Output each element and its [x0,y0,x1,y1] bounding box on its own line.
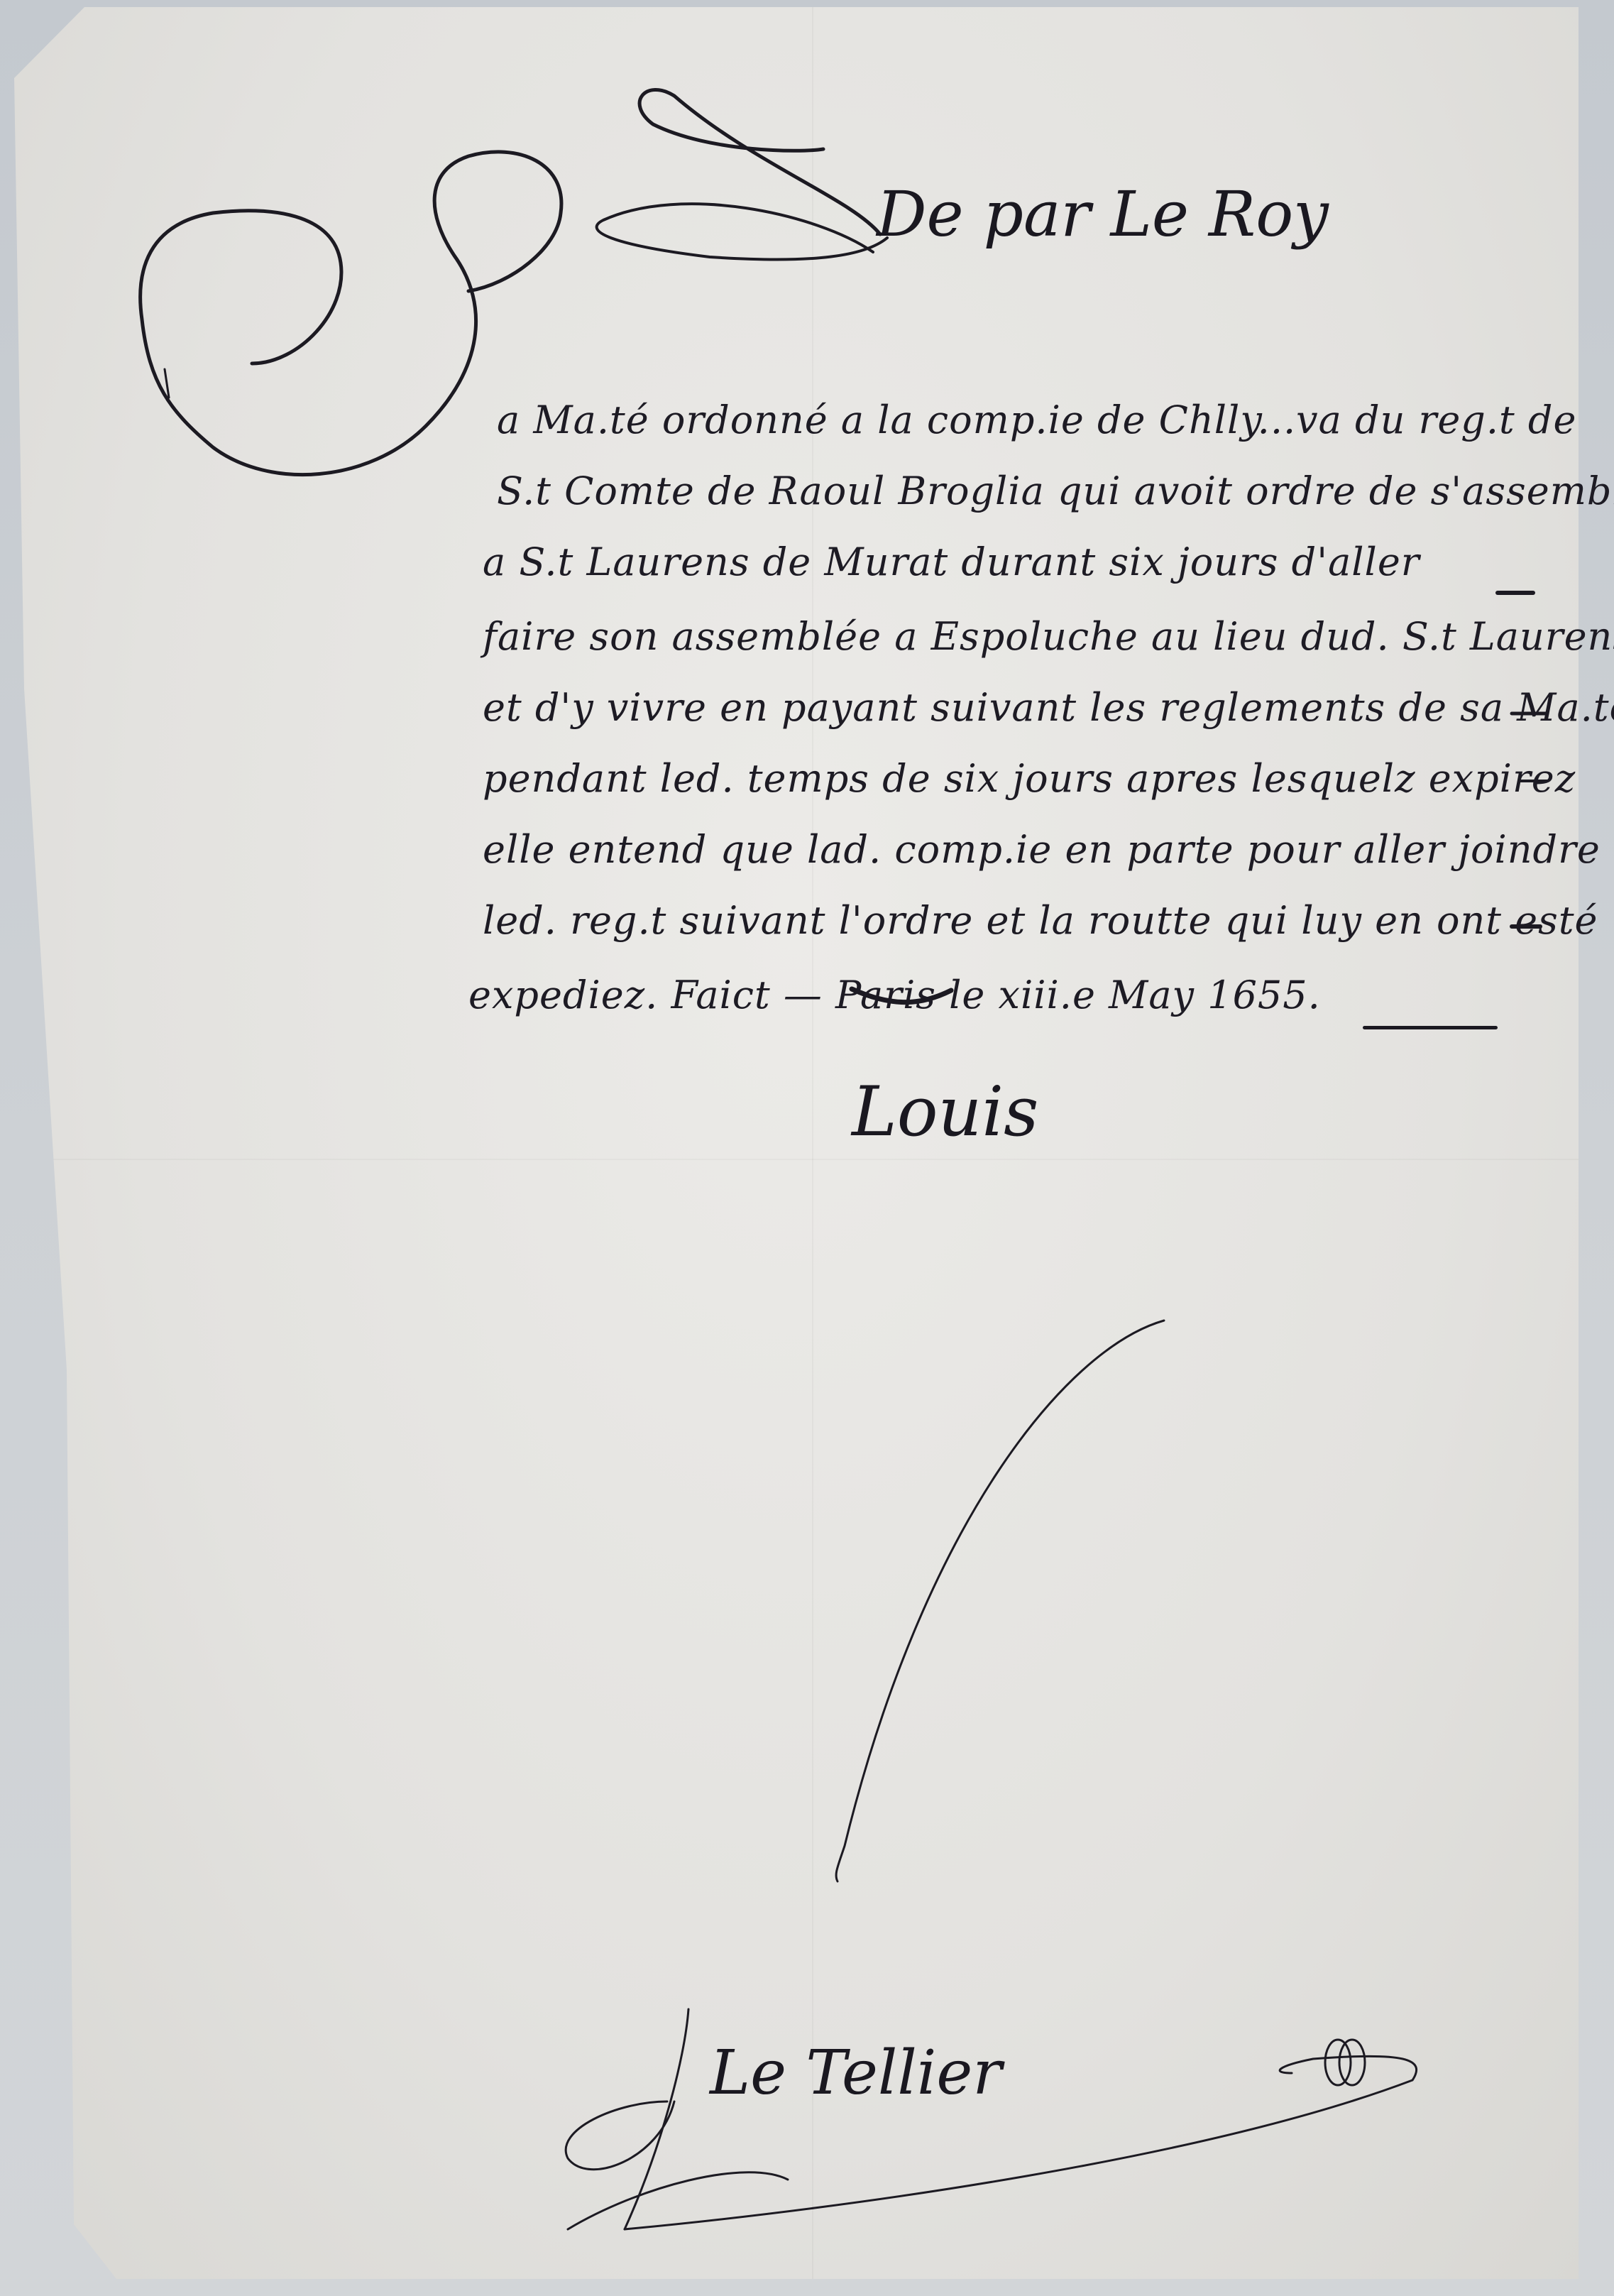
king-signature: Louis [852,1072,1038,1152]
body-line-3: a S.t Laurens de Murat durant six jours … [483,540,1420,584]
document-heading: De par Le Roy [877,177,1329,251]
body-line-1: a Ma.té ordonné a la comp.ie de Chlly...… [497,398,1576,442]
paraph-stroke [836,1321,1164,1881]
calligraphic-flourishes [0,0,1614,2296]
body-line-8: led. reg.t suivant l'ordre et la routte … [483,898,1598,943]
body-line-6: pendant led. temps de six jours apres le… [483,756,1576,801]
year-underline [1363,1026,1498,1029]
heading-flourish [597,89,887,259]
countersignature: Le Tellier [710,2038,1001,2109]
body-line-7: elle entend que lad. comp.ie en parte po… [483,827,1601,872]
body-line-2: S.t Comte de Raoul Broglia qui avoit ord… [497,469,1614,513]
body-line-4: faire son assemblée a Espoluche au lieu … [483,614,1614,659]
body-line-5: et d'y vivre en payant suivant les regle… [483,685,1614,730]
body-line-9-date: expediez. Faict — Paris le xiii.e May 16… [468,973,1321,1017]
